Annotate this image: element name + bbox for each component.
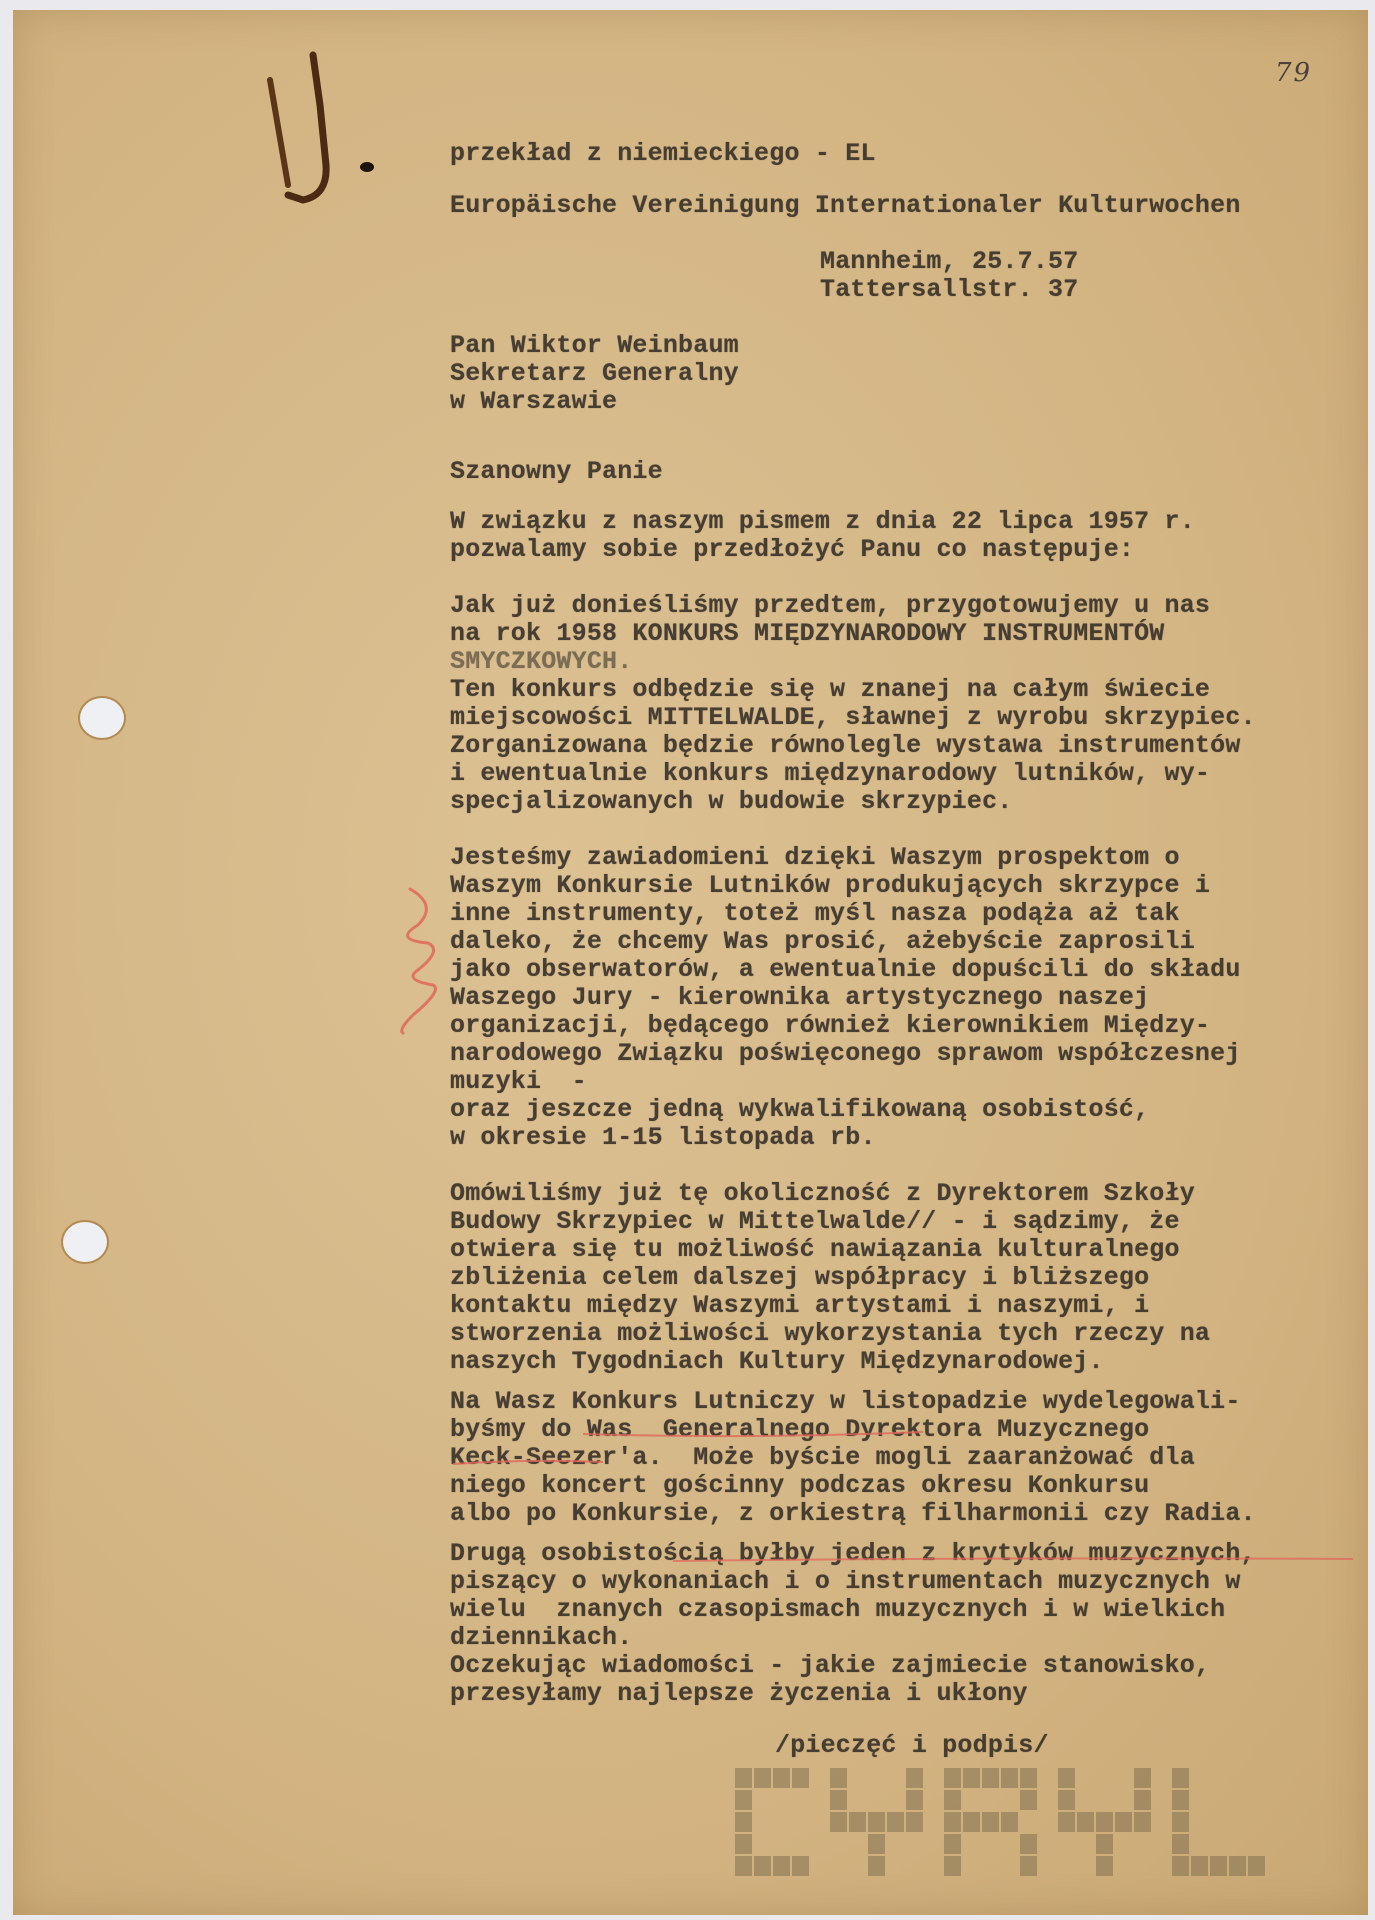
body-line: Oczekując wiadomości - jakie zajmiecie s… <box>450 1652 1210 1681</box>
body-line: Waszego Jury - kierownika artystycznego … <box>450 984 1149 1013</box>
body-line: albo po Konkursie, z orkiestrą filharmon… <box>450 1500 1256 1529</box>
body-line: Zorganizowana będzie równolegle wystawa … <box>450 732 1241 761</box>
body-line: Jesteśmy zawiadomieni dzięki Waszym pros… <box>450 844 1180 873</box>
organization-name: Europäische Vereinigung Internationaler … <box>450 192 1241 221</box>
red-underline-1 <box>583 1430 923 1438</box>
body-line: na rok 1958 KONKURS MIĘDZYNARODOWY INSTR… <box>450 620 1165 649</box>
body-line: specjalizowanych w budowie skrzypiec. <box>450 788 1013 817</box>
body-line: kontaktu między Waszymi artystami i nasz… <box>450 1292 1149 1321</box>
body-line: inne instrumenty, toteż myśl nasza podąż… <box>450 900 1180 929</box>
street-address: Tattersallstr. 37 <box>820 276 1078 305</box>
recipient-city: w Warszawie <box>450 388 617 417</box>
recipient-name: Pan Wiktor Weinbaum <box>450 332 739 361</box>
body-line: w okresie 1-15 listopada rb. <box>450 1124 876 1153</box>
body-line: Jak już donieśliśmy przedtem, przygotowu… <box>450 592 1210 621</box>
body-line: Omówiliśmy już tę okoliczność z Dyrektor… <box>450 1180 1195 1209</box>
body-line: przesyłamy najlepsze życzenia i ukłony <box>450 1680 1028 1709</box>
signature-note: /pieczęć i podpis/ <box>775 1732 1049 1761</box>
body-line: wielu znanych czasopismach muzycznych i … <box>450 1596 1225 1625</box>
page-number: 79 <box>1275 58 1312 88</box>
punch-hole-top <box>80 698 124 738</box>
body-line: piszący o wykonaniach i o instrumentach … <box>450 1568 1241 1597</box>
red-pencil-squiggle-icon <box>388 885 448 1035</box>
body-line: Na Wasz Konkurs Lutniczy w listopadzie w… <box>450 1388 1241 1417</box>
body-line: narodowego Związku poświęconego sprawom … <box>450 1040 1241 1069</box>
body-line: otwiera się tu możliwość nawiązania kult… <box>450 1236 1180 1265</box>
body-line: jako obserwatorów, a ewentualnie dopuści… <box>450 956 1241 985</box>
document-page: 79 przekład z niemieckiego - EL Europäis… <box>13 10 1368 1915</box>
body-line: stworzenia możliwości wykorzystania tych… <box>450 1320 1210 1349</box>
body-line: miejscowości MITTELWALDE, sławnej z wyro… <box>450 704 1256 733</box>
body-line: Waszym Konkursie Lutników produkujących … <box>450 872 1210 901</box>
body-line: i ewentualnie konkurs międzynarodowy lut… <box>450 760 1210 789</box>
body-line: naszych Tygodniach Kultury Międzynarodow… <box>450 1348 1104 1377</box>
body-line: W związku z naszym pismem z dnia 22 lipc… <box>450 508 1195 537</box>
body-line: Budowy Skrzypiec w Mittelwalde// - i sąd… <box>450 1208 1180 1237</box>
body-line: dziennikach. <box>450 1624 632 1653</box>
punch-hole-bottom <box>63 1222 107 1262</box>
red-underline-3 <box>673 1556 1353 1564</box>
red-underline-2 <box>453 1458 603 1466</box>
body-line: oraz jeszcze jedną wykwalifikowaną osobi… <box>450 1096 1149 1125</box>
body-line: Drugą osobistością byłby jeden z krytykó… <box>450 1540 1256 1569</box>
body-line: pozwalamy sobie przedłożyć Panu co nastę… <box>450 536 1134 565</box>
body-line: Ten konkurs odbędzie się w znanej na cał… <box>450 676 1210 705</box>
paper-clip-mark-icon <box>258 45 338 205</box>
body-line: daleko, że chcemy Was prosić, ażebyście … <box>450 928 1195 957</box>
recipient-title: Sekretarz Generalny <box>450 360 739 389</box>
body-line: SMYCZKOWYCH. <box>450 648 632 677</box>
translation-note: przekład z niemieckiego - EL <box>450 140 876 169</box>
ink-dot <box>360 162 374 172</box>
cyryl-watermark-logo <box>735 1768 1335 1888</box>
body-line: muzyki - <box>450 1068 587 1097</box>
salutation: Szanowny Panie <box>450 458 663 487</box>
body-line: zbliżenia celem dalszej współpracy i bli… <box>450 1264 1149 1293</box>
place-date: Mannheim, 25.7.57 <box>820 248 1078 277</box>
body-line: organizacji, będącego również kierowniki… <box>450 1012 1210 1041</box>
body-line: niego koncert gościnny podczas okresu Ko… <box>450 1472 1149 1501</box>
